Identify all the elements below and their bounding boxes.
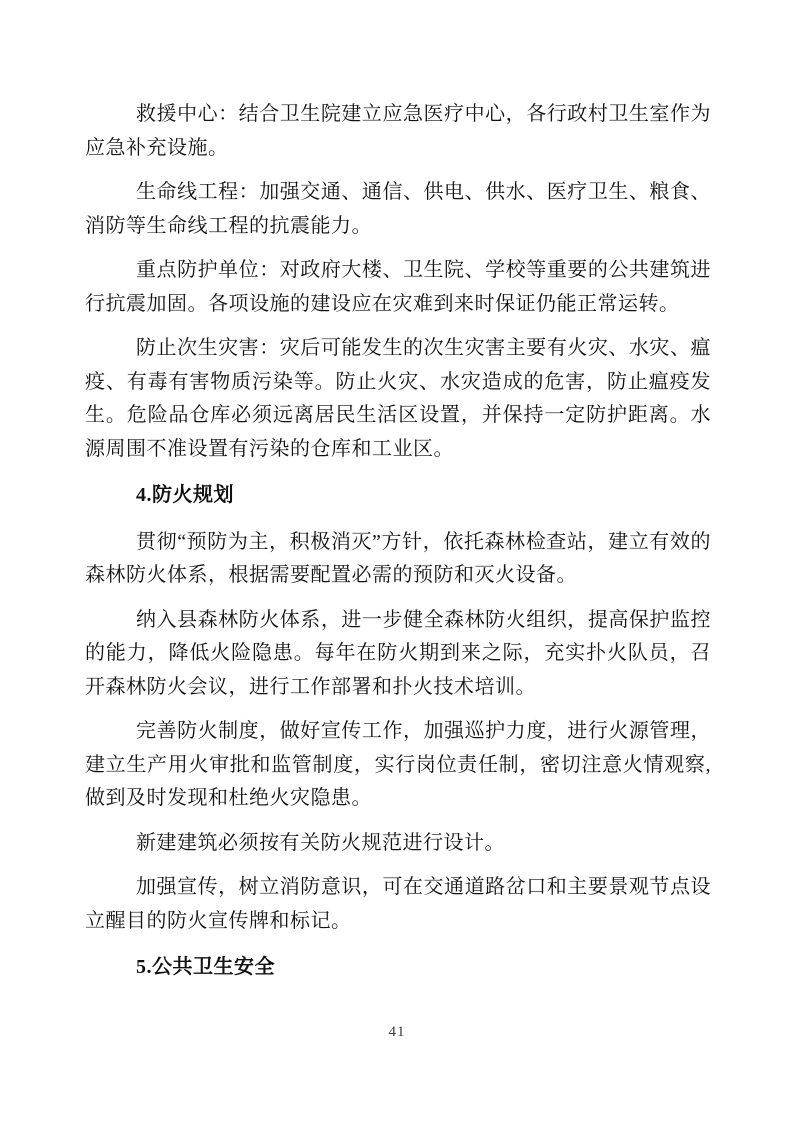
document-page: 救援中心：结合卫生院建立应急医疗中心，各行政村卫生室作为应急补充设施。 生命线工… bbox=[0, 0, 794, 1122]
paragraph-secondary-disasters: 防止次生灾害：灾后可能发生的次生灾害主要有火灾、水灾、瘟疫、有毒有害物质污染等。… bbox=[85, 332, 711, 466]
paragraph-new-buildings: 新建建筑必须按有关防火规范进行设计。 bbox=[85, 827, 711, 861]
paragraph-forest-fire-system: 纳入县森林防火体系，进一步健全森林防火组织，提高保护监控的能力，降低火险隐患。每… bbox=[85, 604, 711, 705]
document-body: 救援中心：结合卫生院建立应急医疗中心，各行政村卫生室作为应急补充设施。 生命线工… bbox=[85, 98, 711, 998]
paragraph-lifeline-projects: 生命线工程：加强交通、通信、供电、供水、医疗卫生、粮食、消防等生命线工程的抗震能… bbox=[85, 176, 711, 243]
paragraph-fire-policy: 贯彻“预防为主，积极消灭”方针，依托森林检查站，建立有效的森林防火体系，根据需要… bbox=[85, 526, 711, 593]
paragraph-fire-regulations: 完善防火制度，做好宣传工作，加强巡护力度，进行火源管理，建立生产用火审批和监管制… bbox=[85, 715, 711, 816]
paragraph-rescue-center: 救援中心：结合卫生院建立应急医疗中心，各行政村卫生室作为应急补充设施。 bbox=[85, 98, 711, 165]
page-number: 41 bbox=[0, 1024, 794, 1041]
paragraph-key-protection-units: 重点防护单位：对政府大楼、卫生院、学校等重要的公共建筑进行抗震加固。各项设施的建… bbox=[85, 254, 711, 321]
paragraph-fire-publicity: 加强宣传，树立消防意识，可在交通道路岔口和主要景观节点设立醒目的防火宣传牌和标记… bbox=[85, 871, 711, 938]
section-heading-fire-prevention-planning: 4.防火规划 bbox=[85, 479, 711, 513]
section-heading-public-health-safety: 5.公共卫生安全 bbox=[85, 951, 711, 985]
